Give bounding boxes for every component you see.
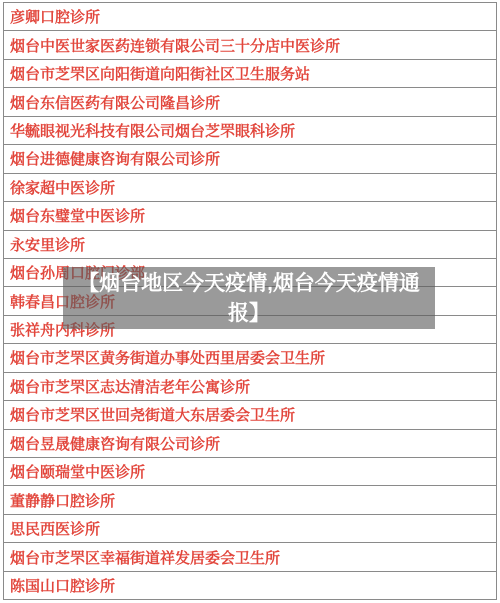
list-item: 烟台市芝罘区幸福街道祥发居委会卫生所	[4, 543, 496, 571]
list-item: 董静静口腔诊所	[4, 486, 496, 514]
clinic-link[interactable]: 烟台市芝罘区黄务街道办事处西里居委会卫生所	[10, 347, 325, 368]
clinic-link[interactable]: 彦卿口腔诊所	[10, 6, 100, 27]
list-item: 永安里诊所	[4, 231, 496, 259]
list-item: 烟台市芝罘区黄务街道办事处西里居委会卫生所	[4, 344, 496, 372]
list-item: 思民西医诊所	[4, 515, 496, 543]
list-item: 陈国山口腔诊所	[4, 572, 496, 600]
list-item: 烟台昱晟健康咨询有限公司诊所	[4, 430, 496, 458]
clinic-link[interactable]: 烟台市芝罘区向阳街道向阳街社区卫生服务站	[10, 63, 310, 84]
clinic-link[interactable]: 烟台中医世家医药连锁有限公司三十分店中医诊所	[10, 35, 340, 56]
list-item: 华毓眼视光科技有限公司烟台芝罘眼科诊所	[4, 117, 496, 145]
clinic-link[interactable]: 烟台昱晟健康咨询有限公司诊所	[10, 433, 220, 454]
list-item: 烟台市芝罘区志达清洁老年公寓诊所	[4, 373, 496, 401]
list-item: 彦卿口腔诊所	[4, 3, 496, 31]
list-item: 烟台市芝罘区世回尧街道大东居委会卫生所	[4, 401, 496, 429]
clinic-link[interactable]: 烟台市芝罘区幸福街道祥发居委会卫生所	[10, 547, 280, 568]
clinic-link[interactable]: 烟台进德健康咨询有限公司诊所	[10, 148, 220, 169]
clinic-link[interactable]: 烟台颐瑞堂中医诊所	[10, 461, 145, 482]
list-item: 烟台东信医药有限公司隆昌诊所	[4, 88, 496, 116]
clinic-link[interactable]: 徐家超中医诊所	[10, 177, 115, 198]
list-item: 烟台进德健康咨询有限公司诊所	[4, 145, 496, 173]
overlay-title: 【烟台地区今天疫情,烟台今天疫情通报】	[63, 267, 435, 329]
clinic-link[interactable]: 烟台东璧堂中医诊所	[10, 205, 145, 226]
clinic-link[interactable]: 华毓眼视光科技有限公司烟台芝罘眼科诊所	[10, 120, 295, 141]
clinic-link[interactable]: 烟台市芝罘区志达清洁老年公寓诊所	[10, 376, 250, 397]
clinic-link[interactable]: 董静静口腔诊所	[10, 490, 115, 511]
list-item: 烟台颐瑞堂中医诊所	[4, 458, 496, 486]
clinic-link[interactable]: 陈国山口腔诊所	[10, 575, 115, 596]
page: 彦卿口腔诊所 烟台中医世家医药连锁有限公司三十分店中医诊所 烟台市芝罘区向阳街道…	[0, 0, 500, 603]
clinic-link[interactable]: 思民西医诊所	[10, 518, 100, 539]
clinic-link[interactable]: 永安里诊所	[10, 234, 85, 255]
list-item: 徐家超中医诊所	[4, 174, 496, 202]
clinic-link[interactable]: 烟台东信医药有限公司隆昌诊所	[10, 92, 220, 113]
clinic-link[interactable]: 烟台市芝罘区世回尧街道大东居委会卫生所	[10, 404, 295, 425]
list-item: 烟台中医世家医药连锁有限公司三十分店中医诊所	[4, 31, 496, 59]
list-item: 烟台市芝罘区向阳街道向阳街社区卫生服务站	[4, 60, 496, 88]
list-item: 烟台东璧堂中医诊所	[4, 202, 496, 230]
